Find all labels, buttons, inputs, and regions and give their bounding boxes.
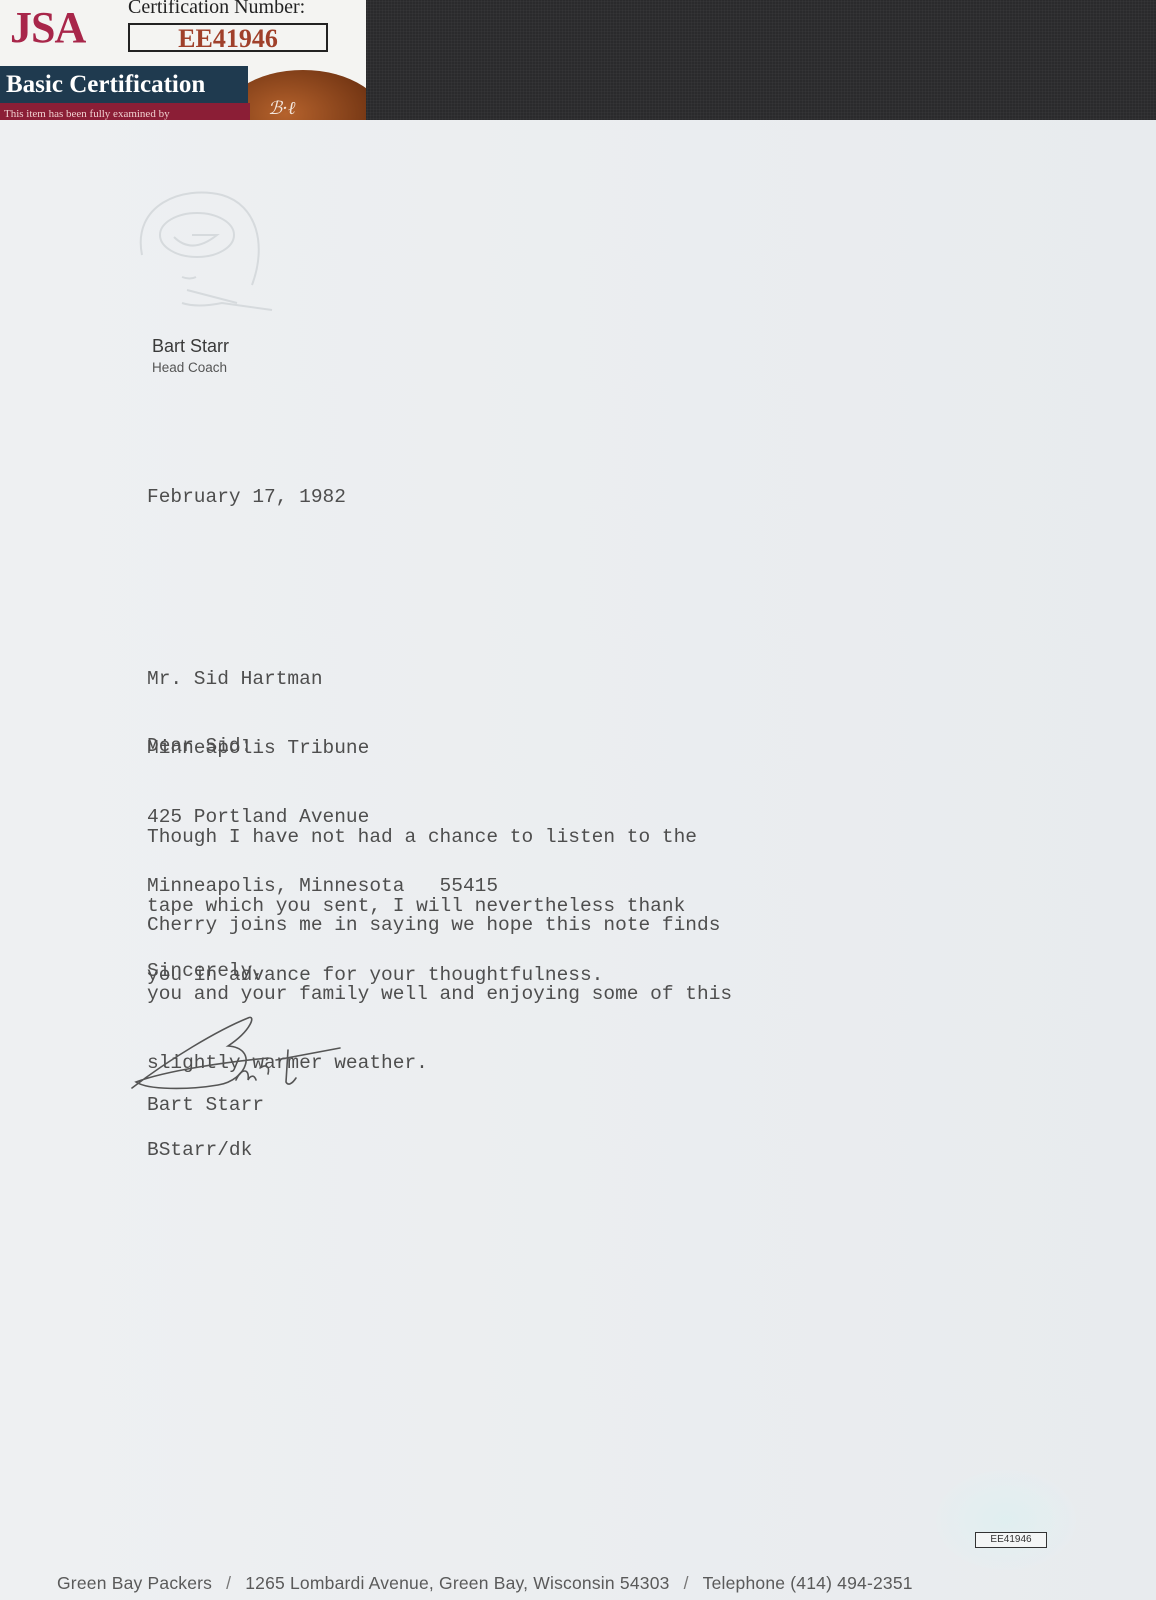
sticker-number: EE41946: [975, 1532, 1047, 1548]
footer-phone: Telephone (414) 494-2351: [703, 1573, 913, 1593]
paragraph-line: Though I have not had a chance to listen…: [147, 826, 697, 849]
packers-helmet-emboss-icon: [122, 185, 282, 315]
paragraph-line: you and your family well and enjoying so…: [147, 983, 732, 1006]
football-autograph: ℬ·ℓ: [268, 98, 295, 119]
handwritten-signature: [128, 1010, 348, 1100]
salutation: Dear Sid:: [147, 735, 252, 758]
letterhead-footer: Green Bay Packers/1265 Lombardi Avenue, …: [57, 1573, 1156, 1594]
footer-address: 1265 Lombardi Avenue, Green Bay, Wiscons…: [245, 1573, 669, 1593]
footer-separator: /: [226, 1573, 231, 1593]
jsa-certificate-card: ℬ·ℓ JSA Certification Number: EE41946 Ba…: [0, 0, 366, 120]
closing: Sincerely,: [147, 960, 264, 983]
letterhead-name: Bart Starr: [152, 336, 229, 357]
certification-note: This item has been fully examined by: [0, 103, 250, 120]
footer-org: Green Bay Packers: [57, 1573, 212, 1593]
letter-date: February 17, 1982: [147, 486, 346, 509]
signer-name: Bart Starr: [147, 1094, 264, 1117]
reference-initials: BStarr/dk: [147, 1139, 252, 1162]
letterhead-title: Head Coach: [152, 360, 227, 375]
jsa-logo: JSA: [10, 2, 85, 53]
jsa-hologram-sticker: [936, 1470, 1076, 1570]
certification-number-label: Certification Number:: [128, 0, 305, 19]
certification-number: EE41946: [128, 23, 328, 52]
footer-separator: /: [684, 1573, 689, 1593]
recipient-line: Mr. Sid Hartman: [147, 668, 498, 691]
paragraph-line: Cherry joins me in saying we hope this n…: [147, 914, 732, 937]
certification-type: Basic Certification: [0, 66, 248, 103]
